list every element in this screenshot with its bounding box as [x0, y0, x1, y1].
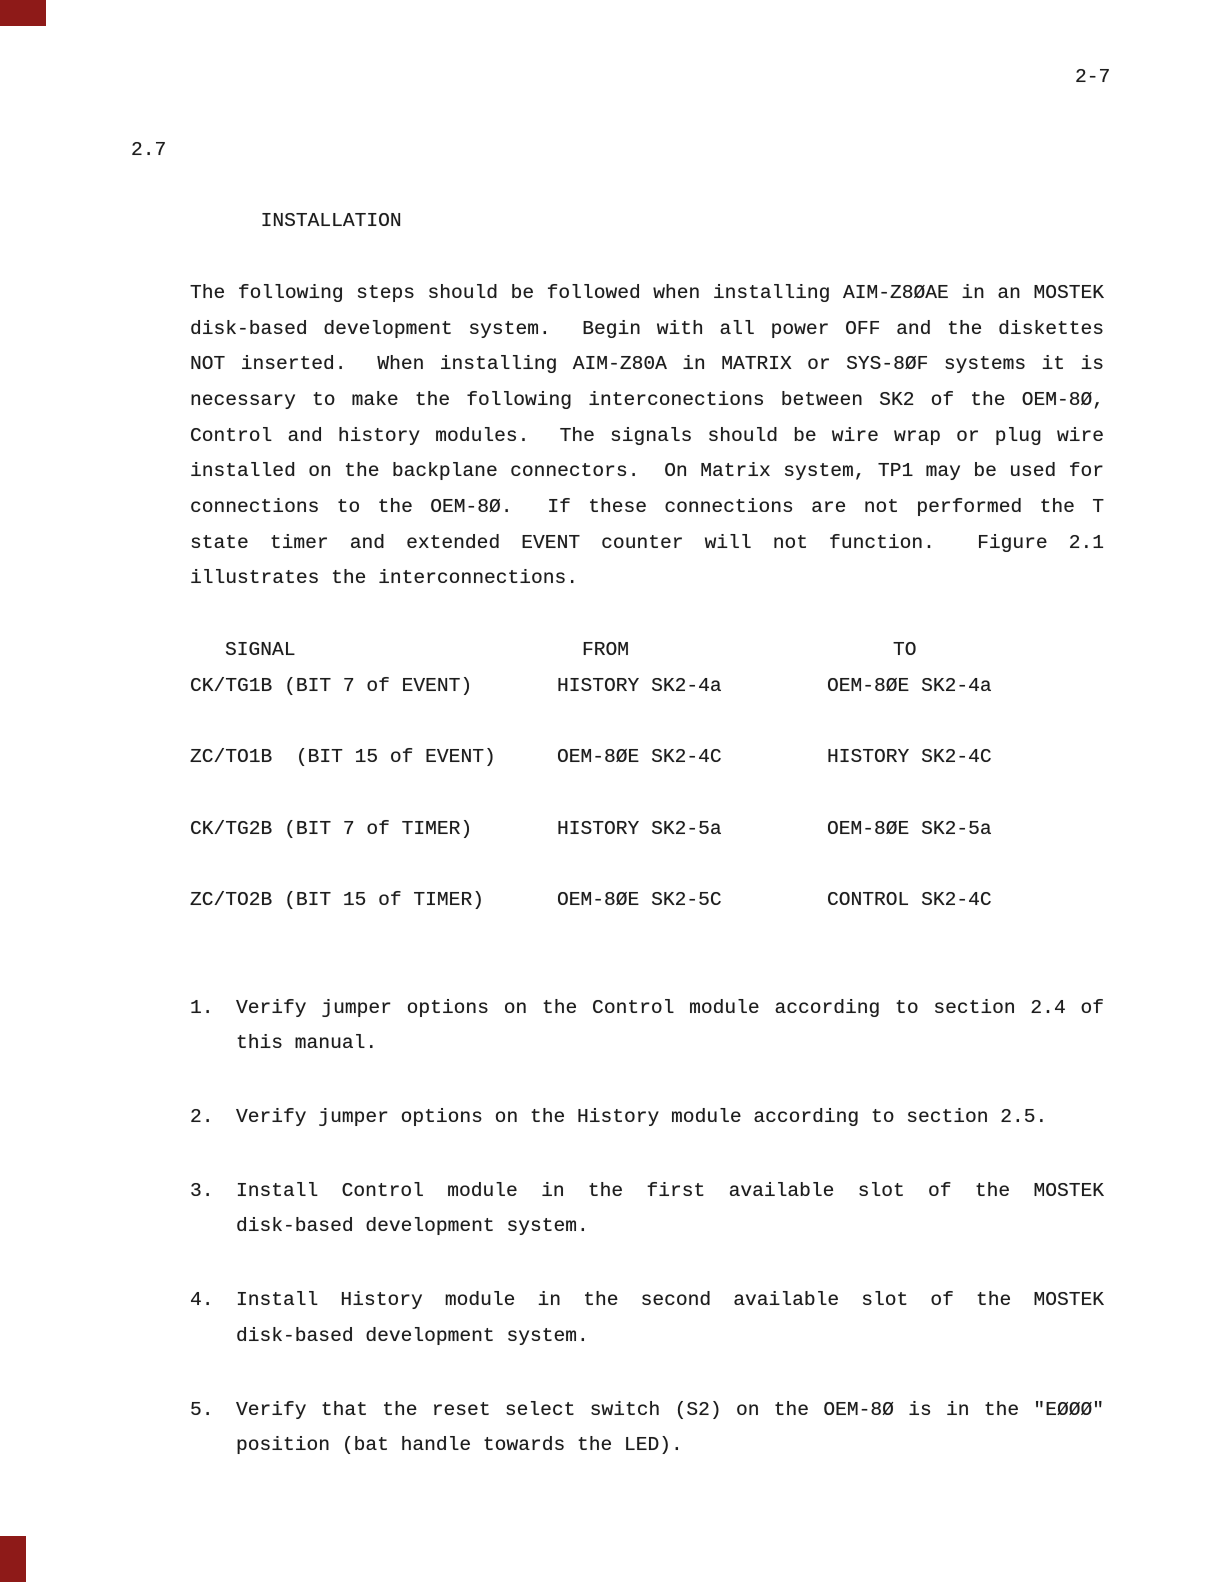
table-row: CK/TG1B (BIT 7 of EVENT)HISTORY SK2-4aOE…: [190, 669, 1104, 705]
paragraph-line: state timer and extended EVENT counter w…: [190, 526, 1104, 562]
table-cell: HISTORY SK2-4a: [557, 669, 722, 705]
step-number: 5.: [190, 1393, 236, 1464]
paragraph-line: installed on the backplane connectors. O…: [190, 454, 1104, 490]
step-item: 3.Install Control module in the first av…: [190, 1174, 1104, 1245]
step-number: 2.: [190, 1100, 236, 1136]
step-item: 2.Verify jumper options on the History m…: [190, 1100, 1104, 1136]
step-text: Verify that the reset select switch (S2)…: [236, 1393, 1104, 1464]
paragraph-line: Control and history modules. The signals…: [190, 419, 1104, 455]
table-cell: CONTROL SK2-4C: [827, 883, 992, 919]
document-page: 2-7 2.7 INSTALLATION The following steps…: [0, 0, 1224, 1582]
paragraph: The following steps should be followed w…: [190, 276, 1104, 597]
table-row: CK/TG2B (BIT 7 of TIMER)HISTORY SK2-5aOE…: [190, 812, 1104, 848]
step-number: 1.: [190, 991, 236, 1062]
step-line: disk-based development system.: [236, 1209, 1104, 1245]
table-header: SIGNAL: [225, 633, 296, 669]
step-line: Verify that the reset select switch (S2)…: [236, 1393, 1104, 1429]
step-line: Verify jumper options on the History mod…: [236, 1100, 1104, 1136]
table-cell: HISTORY SK2-5a: [557, 812, 722, 848]
table-cell: OEM-8ØE SK2-4C: [557, 740, 722, 776]
step-line: Install History module in the second ava…: [236, 1283, 1104, 1319]
paragraph-line: illustrates the interconnections.: [190, 561, 1104, 597]
step-item: 1.Verify jumper options on the Control m…: [190, 991, 1104, 1062]
step-text: Install Control module in the first avai…: [236, 1174, 1104, 1245]
scan-artifact-bottom-left: [0, 1536, 26, 1582]
step-line: position (bat handle towards the LED).: [236, 1428, 1104, 1464]
table-cell: HISTORY SK2-4C: [827, 740, 992, 776]
step-text: Verify jumper options on the Control mod…: [236, 991, 1104, 1062]
paragraph-line: The following steps should be followed w…: [190, 276, 1104, 312]
paragraph-line: connections to the OEM-8Ø. If these conn…: [190, 490, 1104, 526]
step-line: disk-based development system.: [236, 1319, 1104, 1355]
table-cell: ZC/TO1B (BIT 15 of EVENT): [190, 740, 496, 776]
table-row: ZC/TO2B (BIT 15 of TIMER)OEM-8ØE SK2-5CC…: [190, 883, 1104, 919]
table-row: ZC/TO1B (BIT 15 of EVENT)OEM-8ØE SK2-4CH…: [190, 740, 1104, 776]
table-header: TO: [893, 633, 917, 669]
step-line: this manual.: [236, 1026, 1104, 1062]
paragraph-line: NOT inserted. When installing AIM-Z80A i…: [190, 347, 1104, 383]
paragraph-line: disk-based development system. Begin wit…: [190, 312, 1104, 348]
table-body: CK/TG1B (BIT 7 of EVENT)HISTORY SK2-4aOE…: [190, 669, 1104, 919]
step-text: Install History module in the second ava…: [236, 1283, 1104, 1354]
section-title: INSTALLATION: [261, 210, 402, 232]
steps-list: 1.Verify jumper options on the Control m…: [190, 991, 1104, 1464]
table-cell: ZC/TO2B (BIT 15 of TIMER): [190, 883, 484, 919]
step-text: Verify jumper options on the History mod…: [236, 1100, 1104, 1136]
paragraph-line: necessary to make the following intercon…: [190, 383, 1104, 419]
step-item: 5.Verify that the reset select switch (S…: [190, 1393, 1104, 1464]
step-line: Verify jumper options on the Control mod…: [236, 991, 1104, 1027]
section-number: 2.7: [131, 133, 166, 169]
page-content: 2.7 INSTALLATION The following steps sho…: [190, 0, 1104, 1464]
table-cell: OEM-8ØE SK2-5a: [827, 812, 992, 848]
table-header-row: SIGNALFROMTO: [190, 633, 1104, 669]
scan-artifact-top-left: [0, 0, 46, 26]
table-cell: OEM-8ØE SK2-5C: [557, 883, 722, 919]
step-number: 3.: [190, 1174, 236, 1245]
step-number: 4.: [190, 1283, 236, 1354]
table-cell: OEM-8ØE SK2-4a: [827, 669, 992, 705]
signal-table: SIGNALFROMTO CK/TG1B (BIT 7 of EVENT)HIS…: [190, 633, 1104, 919]
table-cell: CK/TG2B (BIT 7 of TIMER): [190, 812, 472, 848]
table-cell: CK/TG1B (BIT 7 of EVENT): [190, 669, 472, 705]
step-item: 4.Install History module in the second a…: [190, 1283, 1104, 1354]
step-line: Install Control module in the first avai…: [236, 1174, 1104, 1210]
table-header: FROM: [582, 633, 629, 669]
section-heading: 2.7 INSTALLATION: [190, 133, 1104, 276]
